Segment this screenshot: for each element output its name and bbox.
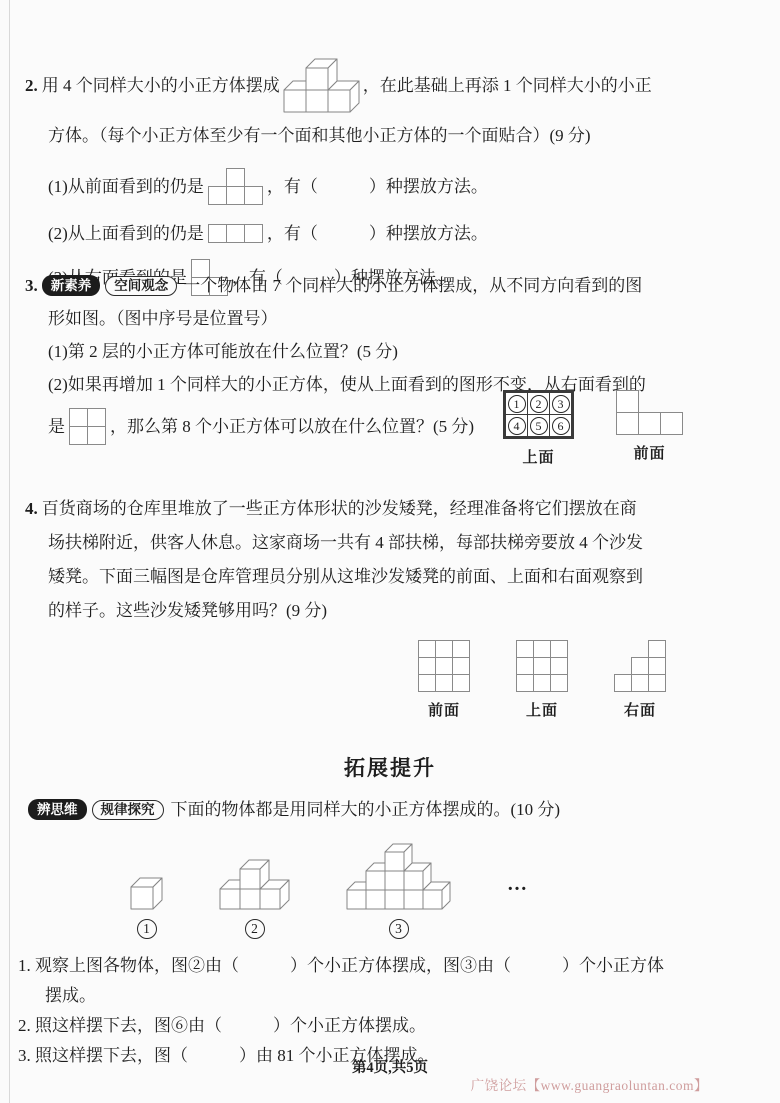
- grid-cell: [244, 186, 263, 205]
- front-view-label: 前面: [633, 442, 665, 463]
- grid-cell: [87, 408, 106, 427]
- grid-cell: [516, 674, 534, 692]
- grid-cell: [226, 168, 245, 187]
- question-2-intro-after: ，在此基础上再添 1 个同样大小的小正: [363, 72, 652, 99]
- nine-cube-pyramid-figure: [346, 843, 451, 910]
- continuation-ellipsis: …: [507, 873, 529, 896]
- position-number: 6: [552, 417, 570, 435]
- extension-figures-row: 1 2 3 …: [130, 839, 780, 939]
- question-2-intro-line2: 方体。（每个小正方体至少有一个面和其他小正方体的一个面贴合）(9 分): [48, 122, 762, 149]
- extension-title: 拓展提升: [0, 752, 780, 782]
- grid-cell: [69, 426, 88, 445]
- badge-spatial-concept: 空间观念: [105, 276, 177, 296]
- question-3: 3. 新素养 空间观念 一个物体由 7 个同样大的小正方体摆成，从不同方向看到的…: [25, 272, 762, 445]
- sub2-text-after: ，有（ ）种摆放方法。: [267, 220, 488, 247]
- grid-cell: [533, 674, 551, 692]
- question-3-sub2-row: 是 ，那么第 8 个小正方体可以放在什么位置？(5 分): [48, 408, 478, 445]
- question-4-line4: 的样子。这些沙发矮凳够用吗？(9 分): [48, 594, 762, 628]
- grid-cell: [648, 640, 666, 658]
- extension-q2: 2. 照这样摆下去，图⑥由（ ）个小正方体摆成。: [18, 1011, 780, 1041]
- question-4-line2: 场扶梯附近，供客人休息。这家商场一共有 4 部扶梯，每部扶梯旁要放 4 个沙发: [48, 526, 762, 560]
- question-3-diagram: 123456 上面 前面: [503, 390, 683, 467]
- sub1-text-after: ，有（ ）种摆放方法。: [267, 173, 488, 200]
- grid-cell: [226, 186, 245, 205]
- figure-1: 1: [130, 877, 163, 939]
- question-4-line3: 矮凳。下面三幅图是仓库管理员分别从这堆沙发矮凳的前面、上面和右面观察到: [48, 560, 762, 594]
- figure-2: 2: [219, 859, 290, 939]
- question-2-sub1: (1)从前面看到的仍是 ，有（ ）种摆放方法。: [48, 168, 762, 205]
- position-number: 2: [530, 395, 548, 413]
- question-4-line1-row: 4. 百货商场的仓库里堆放了一些正方体形状的沙发矮凳，经理准备将它们摆放在商: [25, 492, 762, 526]
- question-3-line2: 形如图。（图中序号是位置号）: [48, 305, 762, 332]
- grid-cell: [418, 640, 436, 658]
- grid-cell: [418, 657, 436, 675]
- grid-cell: [208, 186, 227, 205]
- right-view-label: 右面: [624, 699, 656, 720]
- question-3-header-row: 3. 新素养 空间观念 一个物体由 7 个同样大的小正方体摆成，从不同方向看到的…: [25, 272, 762, 299]
- position-cell: 1: [505, 392, 528, 415]
- forum-watermark: 广饶论坛【www.guangraoluntan.com】: [471, 1074, 708, 1094]
- question-2-number: 2.: [25, 76, 38, 96]
- top-view-shape: [208, 224, 263, 243]
- front-view-figure: 前面: [418, 640, 470, 720]
- sub2-text-before: 是: [48, 413, 65, 440]
- grid-cell: [631, 657, 649, 675]
- figure-3: 3: [346, 843, 451, 939]
- figure-3-label: 3: [389, 919, 409, 939]
- grid-cell: [533, 657, 551, 675]
- grid-cell: [660, 412, 683, 435]
- sub2-text-before: (2)从上面看到的仍是: [48, 220, 204, 247]
- grid-cell: [638, 412, 661, 435]
- four-cube-figure: [219, 859, 290, 910]
- front-view-label: 前面: [428, 699, 460, 720]
- grid-cell: [435, 640, 453, 658]
- extension-q1-line1: 1. 观察上图各物体，图②由（ ）个小正方体摆成，图③由（ ）个小正方体: [18, 951, 780, 981]
- question-2-intro-before: 用 4 个同样大小的小正方体摆成: [42, 72, 280, 99]
- grid-cell: [435, 657, 453, 675]
- position-cell: 6: [549, 414, 572, 437]
- question-3-number: 3.: [25, 276, 38, 296]
- grid-cell: [614, 674, 632, 692]
- front-view-shape: [208, 168, 263, 205]
- right-view-staircase: [614, 640, 666, 692]
- grid-cell: [452, 657, 470, 675]
- right-view-figure: 右面: [614, 640, 666, 720]
- sub2-text-after: ，那么第 8 个小正方体可以放在什么位置？(5 分): [110, 413, 474, 440]
- top-view-grid: [516, 640, 568, 692]
- worksheet-page: 2. 用 4 个同样大小的小正方体摆成 ，在此基础上再添 1 个同样大小的小正 …: [0, 0, 780, 1103]
- question-3-line1: 一个物体由 7 个同样大的小正方体摆成，从不同方向看到的图: [183, 272, 642, 299]
- top-view-number-grid: 123456: [503, 390, 574, 439]
- grid-cell: [226, 224, 245, 243]
- question-2-intro-row: 2. 用 4 个同样大小的小正方体摆成 ，在此基础上再添 1 个同样大小的小正: [25, 58, 762, 113]
- extension-questions: 1. 观察上图各物体，图②由（ ）个小正方体摆成，图③由（ ）个小正方体 摆成。…: [18, 951, 780, 1071]
- badge-pattern-exploration: 规律探究: [92, 800, 164, 820]
- question-4: 4. 百货商场的仓库里堆放了一些正方体形状的沙发矮凳，经理准备将它们摆放在商 场…: [25, 492, 762, 720]
- grid-cell: [550, 674, 568, 692]
- grid-cell: [550, 640, 568, 658]
- grid-cell: [533, 640, 551, 658]
- figure-2-label: 2: [245, 919, 265, 939]
- top-view-label: 上面: [522, 446, 554, 467]
- grid-cell: [87, 426, 106, 445]
- badge-new-literacy: 新素养: [42, 275, 101, 296]
- cube-arrangement-figure: [283, 58, 360, 113]
- grid-cell: [616, 412, 639, 435]
- position-number: 1: [508, 395, 526, 413]
- front-view-figure: 前面: [616, 390, 683, 463]
- position-number: 4: [508, 417, 526, 435]
- position-number: 3: [552, 395, 570, 413]
- grid-cell: [435, 674, 453, 692]
- question-4-line1: 百货商场的仓库里堆放了一些正方体形状的沙发矮凳，经理准备将它们摆放在商: [42, 492, 637, 526]
- grid-cell: [452, 640, 470, 658]
- position-cell: 2: [527, 392, 550, 415]
- question-4-number: 4.: [25, 499, 38, 519]
- position-cell: 3: [549, 392, 572, 415]
- top-view-figure: 123456 上面: [503, 390, 574, 467]
- front-view-l-shape: [616, 390, 683, 435]
- question-2: 2. 用 4 个同样大小的小正方体摆成 ，在此基础上再添 1 个同样大小的小正 …: [25, 58, 762, 296]
- top-view-label: 上面: [526, 699, 558, 720]
- single-cube-figure: [130, 877, 163, 910]
- grid-cell: [208, 224, 227, 243]
- question-2-sub2: (2)从上面看到的仍是 ，有（ ）种摆放方法。: [48, 220, 762, 247]
- question-4-figures: 前面 上面 右面: [418, 640, 762, 720]
- grid-cell: [616, 390, 639, 413]
- grid-cell: [516, 657, 534, 675]
- front-view-grid: [418, 640, 470, 692]
- badge-thinking: 辨思维: [28, 799, 87, 820]
- grid-cell: [69, 408, 88, 427]
- extension-badges-row: 辨思维 规律探究 下面的物体都是用同样大的小正方体摆成的。(10 分): [28, 796, 780, 823]
- extension-intro: 下面的物体都是用同样大的小正方体摆成的。(10 分): [171, 796, 561, 823]
- position-cell: 5: [527, 414, 550, 437]
- grid-cell: [244, 224, 263, 243]
- grid-cell: [648, 674, 666, 692]
- figure-1-label: 1: [137, 919, 157, 939]
- grid-cell: [418, 674, 436, 692]
- extension-q1-line2: 摆成。: [45, 981, 780, 1011]
- grid-cell: [452, 674, 470, 692]
- sub1-text-before: (1)从前面看到的仍是: [48, 173, 204, 200]
- top-view-figure: 上面: [516, 640, 568, 720]
- position-number: 5: [530, 417, 548, 435]
- grid-cell: [648, 657, 666, 675]
- grid-cell: [631, 674, 649, 692]
- grid-cell: [550, 657, 568, 675]
- right-view-2x2-shape: [69, 408, 106, 445]
- grid-cell: [516, 640, 534, 658]
- extension-section: 拓展提升 辨思维 规律探究 下面的物体都是用同样大的小正方体摆成的。(10 分)…: [0, 752, 780, 1071]
- position-cell: 4: [505, 414, 528, 437]
- question-3-sub1: (1)第 2 层的小正方体可能放在什么位置？(5 分): [48, 338, 762, 365]
